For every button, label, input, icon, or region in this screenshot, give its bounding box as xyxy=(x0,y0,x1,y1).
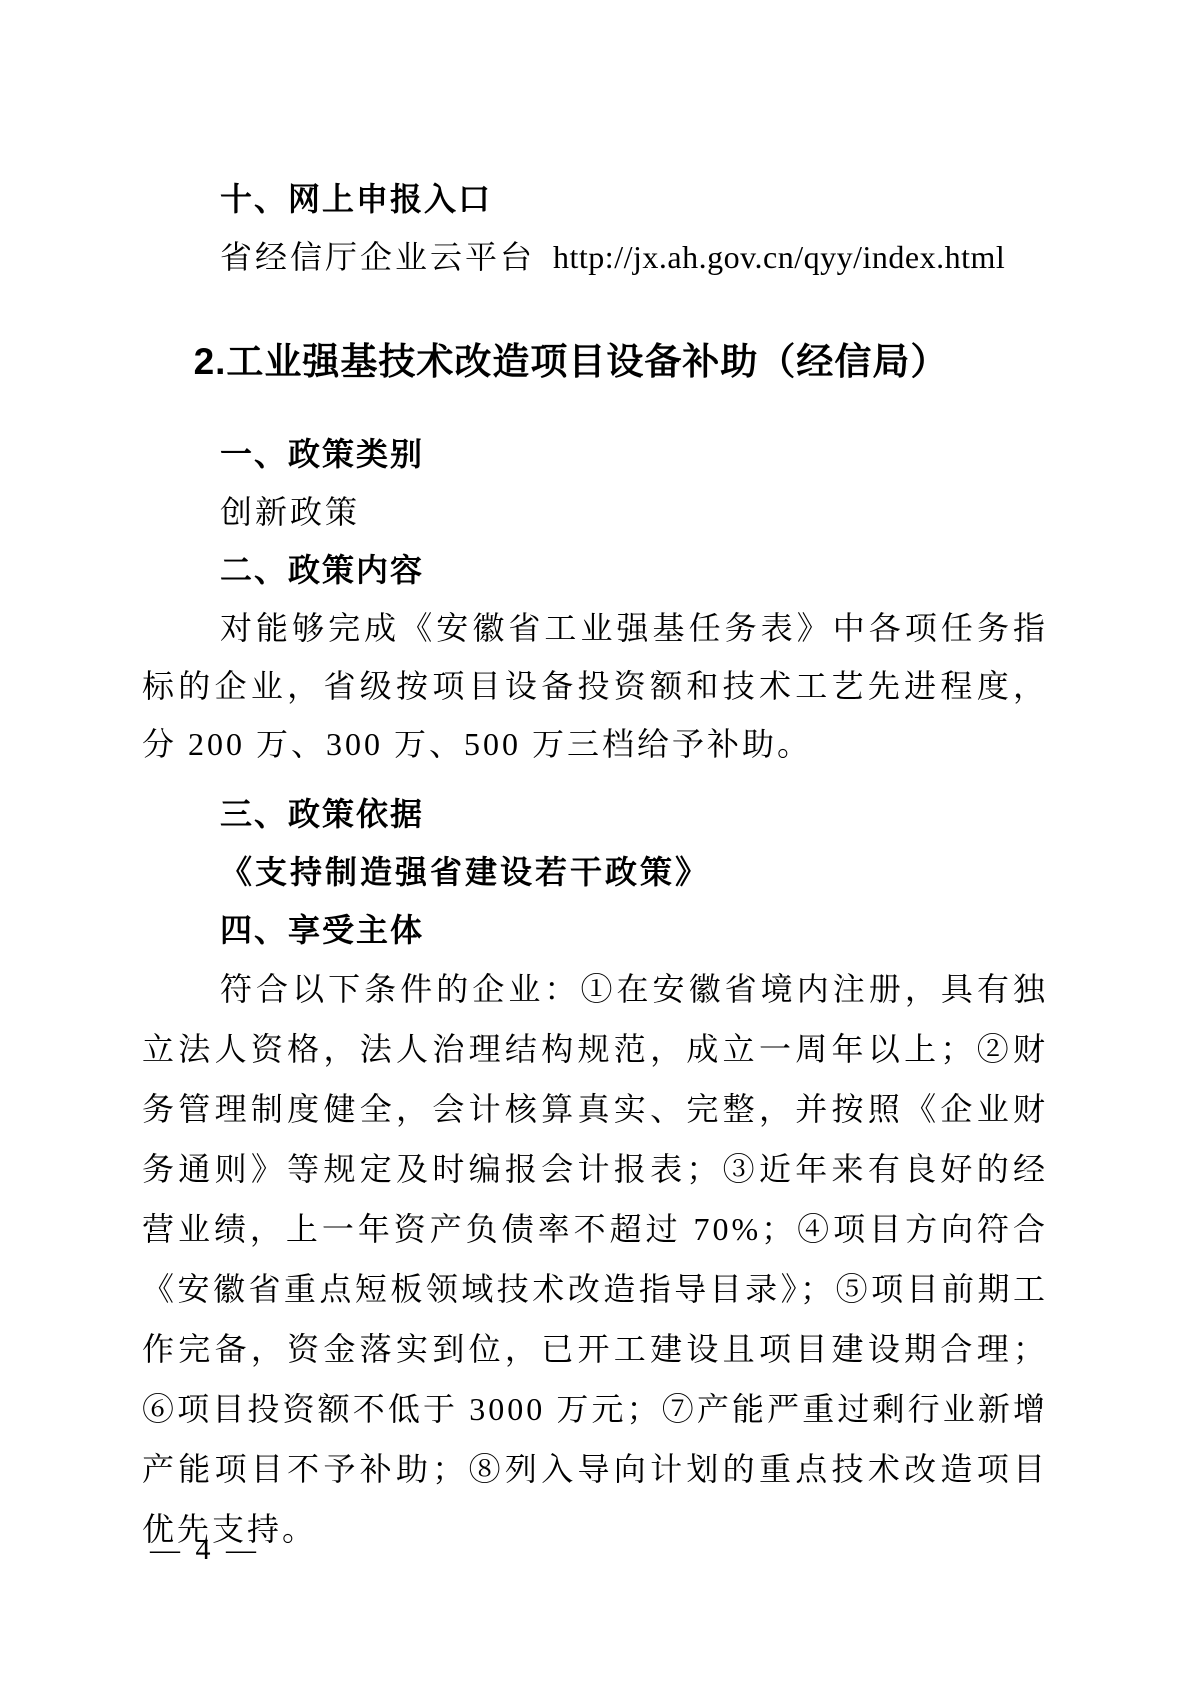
policy-item-1-heading: 一、政策类别 xyxy=(142,425,1048,483)
page-number: — 4 — xyxy=(150,1533,260,1567)
policy-item-3-body: 《支持制造强省建设若干政策》 xyxy=(142,843,1048,901)
policy-items: 一、政策类别 创新政策 二、政策内容 对能够完成《安徽省工业强基任务表》中各项任… xyxy=(142,425,1048,1559)
policy-title: 2.工业强基技术改造项目设备补助（经信局） xyxy=(118,330,1024,394)
policy-item-2-body: 对能够完成《安徽省工业强基任务表》中各项任务指标的企业，省级按项目设备投资额和技… xyxy=(142,599,1048,773)
policy-item-1-body: 创新政策 xyxy=(142,483,1048,541)
policy-item-3-heading: 三、政策依据 xyxy=(142,785,1048,843)
document-page: 十、网上申报入口 省经信厅企业云平台http://jx.ah.gov.cn/qy… xyxy=(0,0,1190,1683)
section-heading-online-entry: 十、网上申报入口 xyxy=(142,170,1048,228)
policy-item-4-heading: 四、享受主体 xyxy=(142,901,1048,959)
policy-item-4-body: 符合以下条件的企业：①在安徽省境内注册，具有独立法人资格，法人治理结构规范，成立… xyxy=(142,959,1048,1559)
platform-url: http://jx.ah.gov.cn/qyy/index.html xyxy=(553,239,1005,275)
platform-label: 省经信厅企业云平台 xyxy=(220,239,535,275)
policy-item-2-heading: 二、政策内容 xyxy=(142,541,1048,599)
page-content: 十、网上申报入口 省经信厅企业云平台http://jx.ah.gov.cn/qy… xyxy=(142,170,1048,1559)
platform-line: 省经信厅企业云平台http://jx.ah.gov.cn/qyy/index.h… xyxy=(142,228,1048,286)
